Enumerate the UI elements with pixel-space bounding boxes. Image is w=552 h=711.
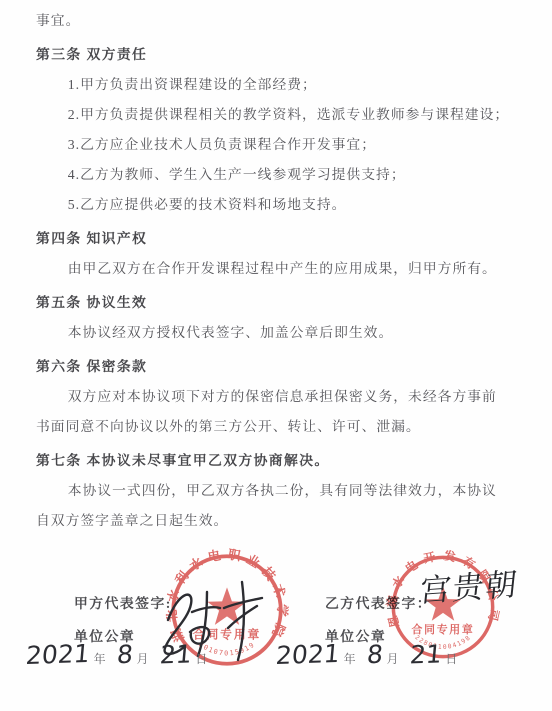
- party-b-date-day: 21: [408, 639, 442, 669]
- party-b-seal-center-text: 合同专用章: [411, 622, 474, 636]
- leading-text: 事宜。: [36, 6, 526, 36]
- section-heading-5: 第五条 协议生效: [36, 288, 526, 318]
- year-unit-label: 年: [344, 650, 357, 667]
- clause-item: 1.甲方负责出资课程建设的全部经费；: [36, 70, 526, 100]
- section-heading-3: 第三条 双方责任: [36, 40, 526, 70]
- section-heading-6: 第六条 保密条款: [36, 352, 526, 382]
- party-a-date-day: 21: [158, 639, 192, 669]
- party-a-date: 2021 年 8 月 21 日: [26, 640, 208, 684]
- party-b-date-year: 2021: [275, 639, 341, 670]
- party-a-date-month: 8: [115, 640, 134, 670]
- clause-item: 4.乙方为教师、学生入生产一线参观学习提供支持；: [36, 160, 526, 190]
- party-b-date-month: 8: [365, 640, 384, 670]
- month-unit-label: 月: [387, 650, 400, 667]
- contract-body: 事宜。 第三条 双方责任 1.甲方负责出资课程建设的全部经费； 2.甲方负责提供…: [36, 6, 526, 536]
- section-heading-7: 第七条 本协议未尽事宜甲乙双方协商解决。: [36, 446, 526, 476]
- day-unit-label: 日: [195, 650, 208, 667]
- signing-area: 甲方代表签字: 单位公章 乙方代表签字： 单位公章 湖北水利水电职业技术学院 合…: [0, 540, 552, 711]
- day-unit-label: 日: [445, 650, 458, 667]
- closing-paragraph: 本协议一式四份，甲乙双方各执二份，具有同等法律效力，本协议: [36, 476, 526, 506]
- party-b-date: 2021 年 8 月 21 日: [276, 640, 458, 684]
- party-a-date-year: 2021: [25, 639, 91, 670]
- clause-paragraph: 由甲乙双方在合作开发课程过程中产生的应用成果，归甲方所有。: [36, 254, 526, 284]
- contract-page: 事宜。 第三条 双方责任 1.甲方负责出资课程建设的全部经费； 2.甲方负责提供…: [0, 0, 552, 711]
- clause-item: 2.甲方负责提供课程相关的教学资料，选派专业教师参与课程建设；: [36, 100, 526, 130]
- closing-paragraph-continuation: 自双方签字盖章之日起生效。: [36, 506, 526, 536]
- clause-item: 3.乙方应企业技术人员负责课程合作开发事宜；: [36, 130, 526, 160]
- clause-item: 5.乙方应提供必要的技术资料和场地支持。: [36, 190, 526, 220]
- clause-paragraph-continuation: 书面同意不向协议以外的第三方公开、转让、许可、泄漏。: [36, 412, 526, 442]
- clause-paragraph: 本协议经双方授权代表签字、加盖公章后即生效。: [36, 318, 526, 348]
- party-b-signature-handwriting: 宫贵朝: [418, 558, 522, 610]
- clause-paragraph: 双方应对本协议项下对方的保密信息承担保密义务，未经各方事前: [36, 382, 526, 412]
- month-unit-label: 月: [137, 650, 150, 667]
- section-heading-4: 第四条 知识产权: [36, 224, 526, 254]
- year-unit-label: 年: [94, 650, 107, 667]
